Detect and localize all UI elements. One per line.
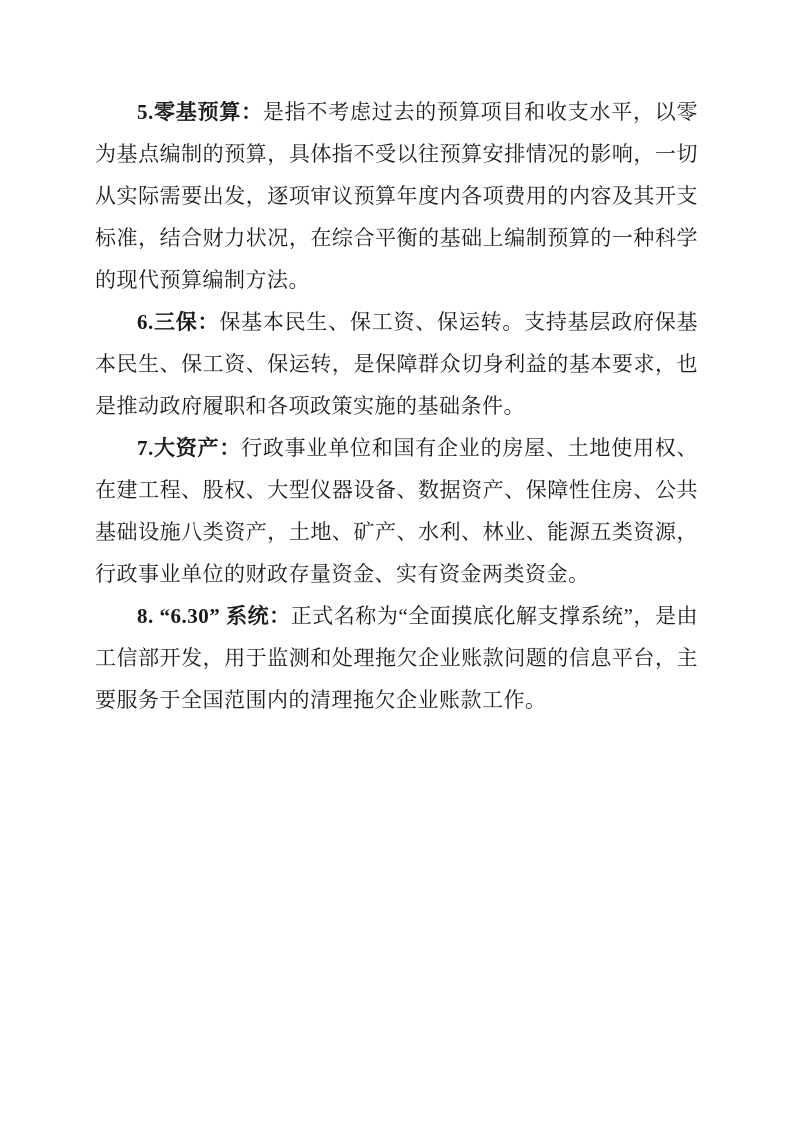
definition-term: 7.大资产： [137, 436, 241, 460]
definition-paragraph: 7.大资产：行政事业单位和国有企业的房屋、土地使用权、在建工程、股权、大型仪器设… [95, 427, 698, 595]
definition-term: 8. “6.30” 系统： [137, 604, 291, 628]
definition-term: 5.零基预算： [137, 100, 263, 124]
definition-term: 6.三保： [137, 310, 219, 334]
document-page: 5.零基预算：是指不考虑过去的预算项目和收支水平，以零为基点编制的预算，具体指不… [0, 0, 794, 1122]
definition-paragraph: 6.三保：保基本民生、保工资、保运转。支持基层政府保基本民生、保工资、保运转，是… [95, 301, 698, 427]
definition-text: 是指不考虑过去的预算项目和收支水平，以零为基点编制的预算，具体指不受以往预算安排… [95, 100, 698, 292]
definition-paragraph: 8. “6.30” 系统：正式名称为“全面摸底化解支撑系统”，是由工信部开发，用… [95, 595, 698, 721]
definition-paragraph: 5.零基预算：是指不考虑过去的预算项目和收支水平，以零为基点编制的预算，具体指不… [95, 91, 698, 301]
